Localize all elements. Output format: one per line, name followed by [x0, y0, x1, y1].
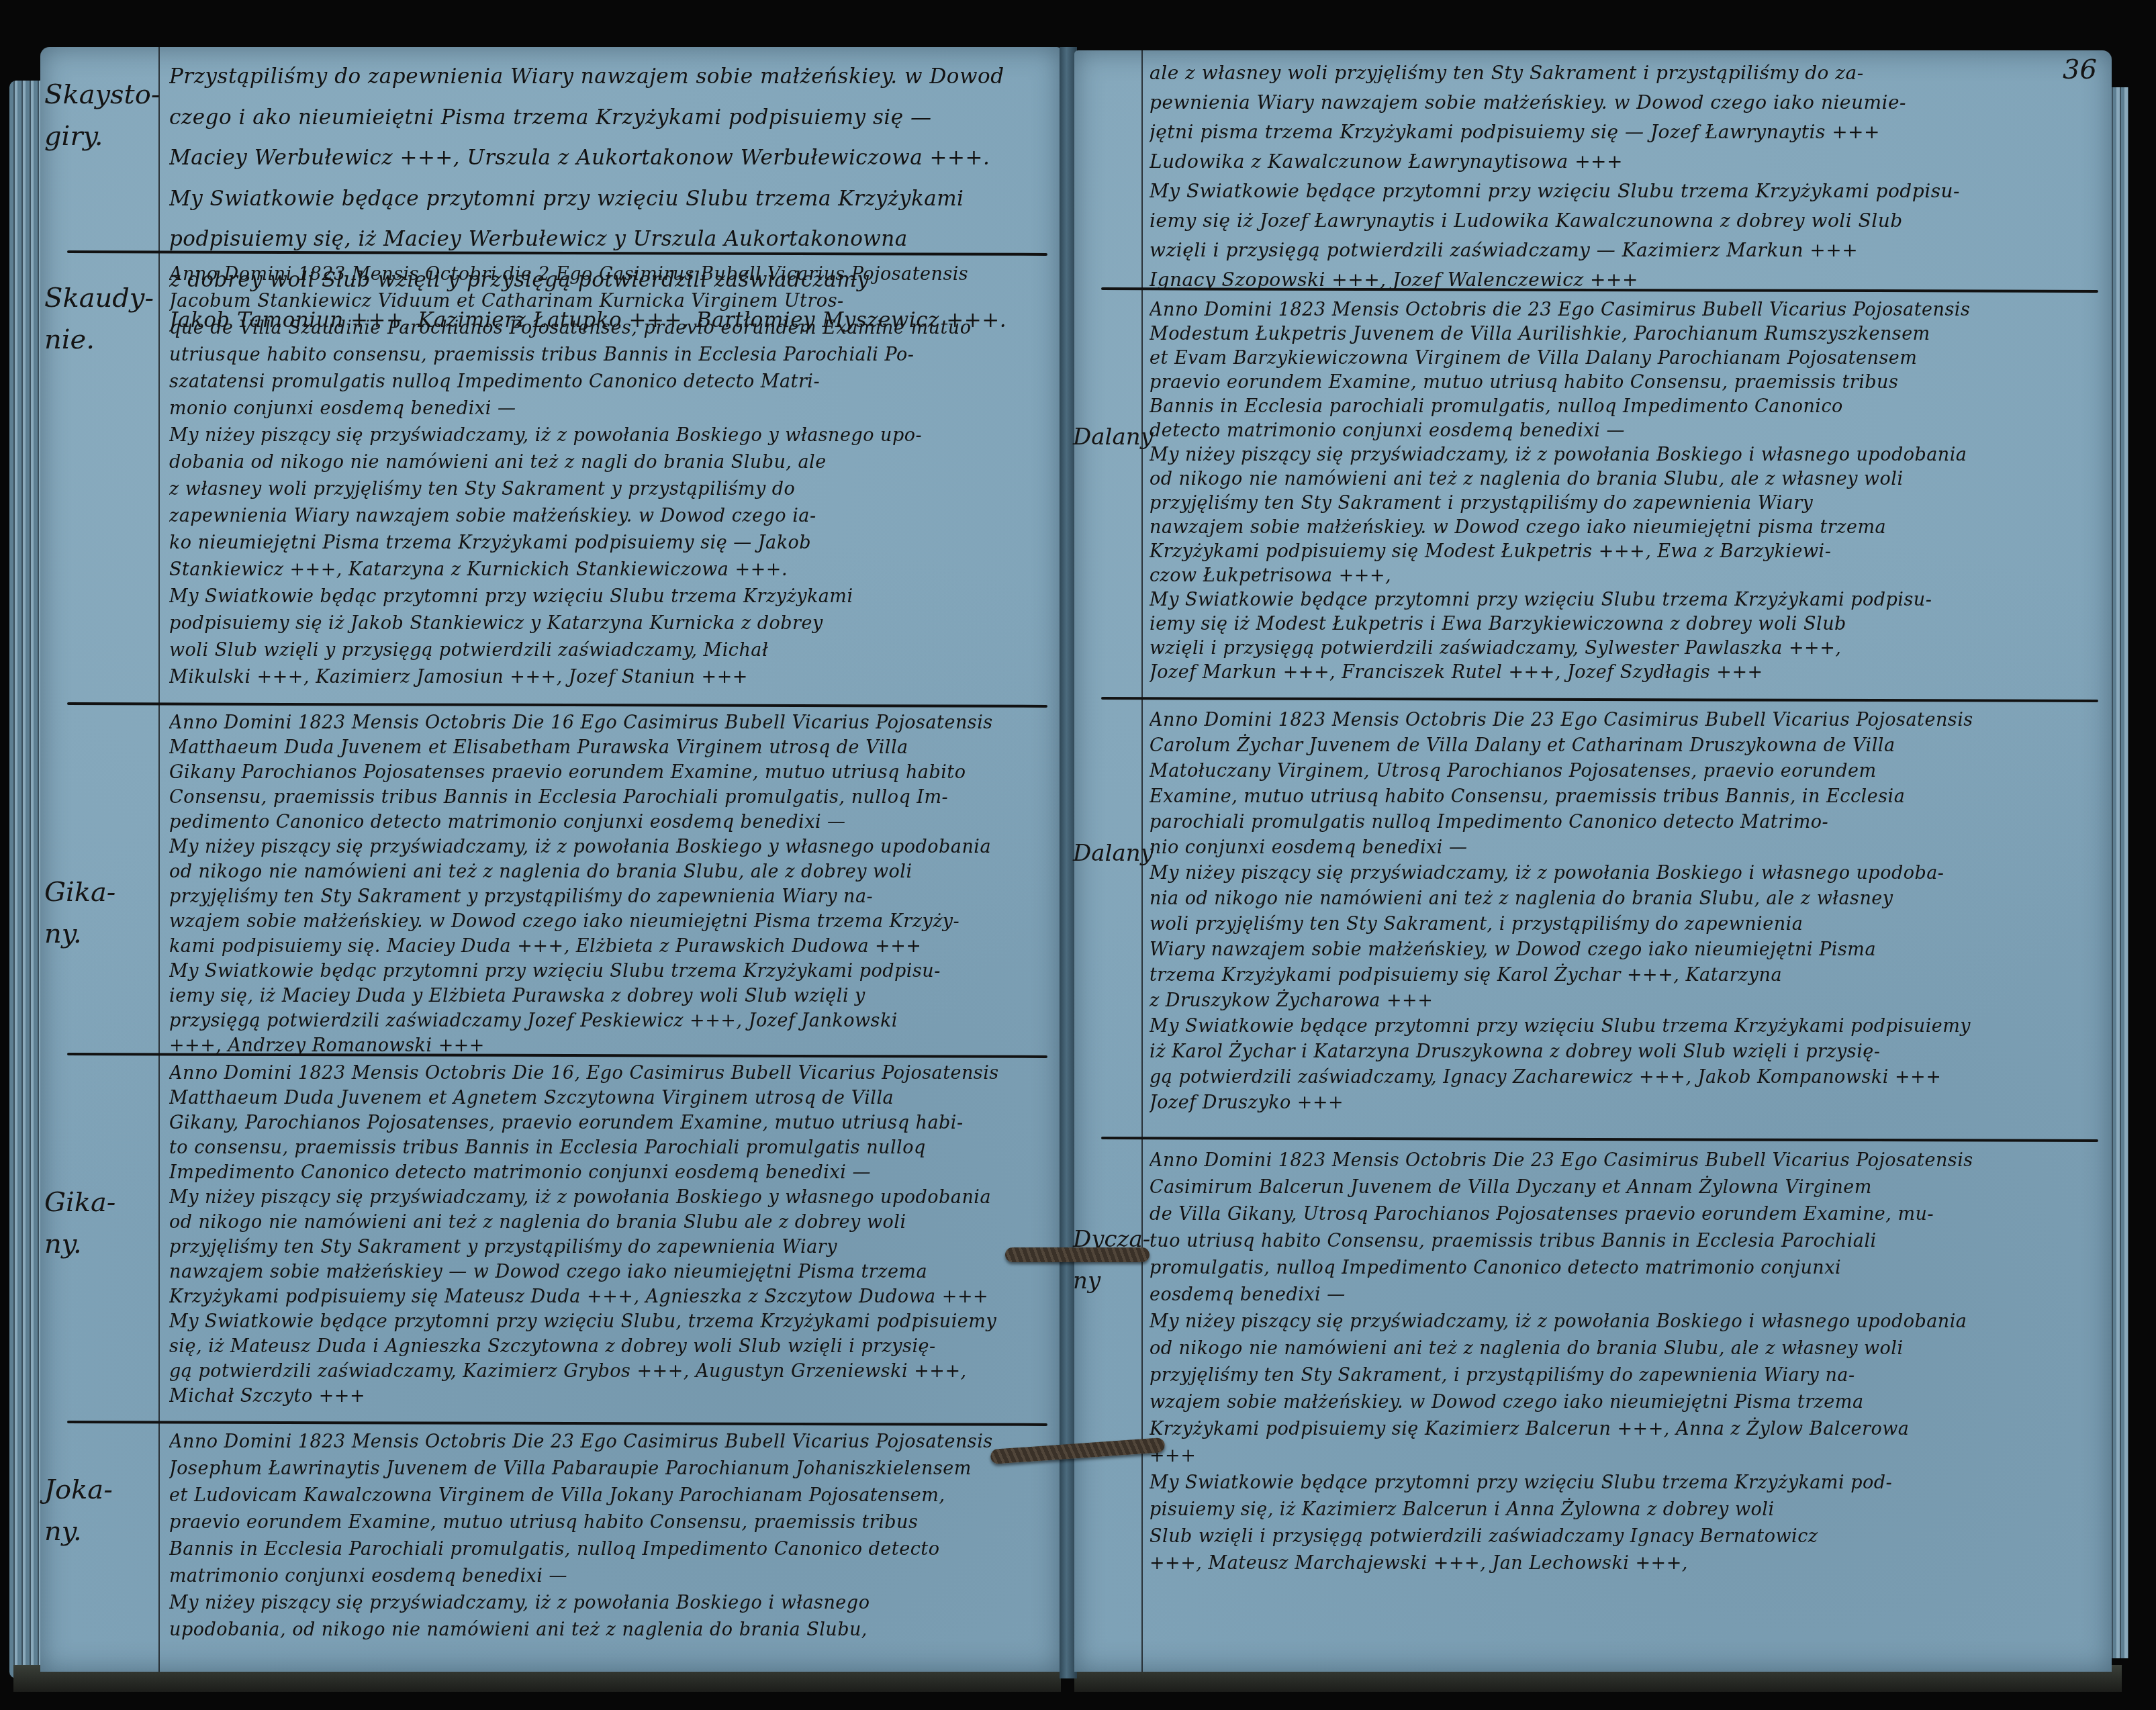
- text-line: parochiali promulgatis nulloq Impediment…: [1150, 810, 2088, 835]
- text-line: od nikogo nie namówieni ani też z naglen…: [1150, 467, 2088, 491]
- text-line: czow Łukpetrisowa +++,: [1150, 564, 2088, 588]
- book-page-edges-left: [9, 81, 43, 1678]
- text-line: promulgatis, nulloq Impedimento Canonico…: [1150, 1255, 2088, 1282]
- text-line: nawzajem sobie małżeńskiey — w Dowod cze…: [169, 1260, 1042, 1284]
- text-line: iemy się iż Jozef Ławrynaytis i Ludowika…: [1150, 206, 2088, 236]
- text-line: Jacobum Stankiewicz Viduum et Catharinam…: [169, 288, 1042, 315]
- text-line: od nikogo nie namówieni ani też z naglen…: [169, 859, 1042, 884]
- text-line: praevio eorundem Examine, mutuo utriusq …: [1150, 371, 2088, 395]
- entry-text: Anno Domini 1823 Mensis Octobri die 2 Eg…: [169, 261, 1042, 691]
- register-entry: Dalany Anno Domini 1823 Mensis Octobris …: [1074, 698, 2112, 1128]
- text-line: przyjęliśmy ten Sty Sakrament y przystąp…: [169, 1235, 1042, 1260]
- entry-text: Anno Domini 1823 Mensis Octobris Die 23 …: [1150, 1147, 2088, 1577]
- text-line: pewnienia Wiary nawzajem sobie małżeński…: [1150, 88, 2088, 117]
- text-line: z Druszykow Życharowa +++: [1150, 988, 2088, 1014]
- binding-thread: [1005, 1247, 1150, 1262]
- text-line: Anno Domini 1823 Mensis Octobris Die 23 …: [1150, 708, 2088, 733]
- entry-divider: [1101, 1137, 2098, 1142]
- text-line: iż Karol Żychar i Katarzyna Druszykowna …: [1150, 1039, 2088, 1065]
- entry-text: Anno Domini 1823 Mensis Octobris die 23 …: [1150, 298, 2088, 685]
- text-line: iemy się iż Modest Łukpetris i Ewa Barzy…: [1150, 612, 2088, 636]
- text-line: My niżey piszący się przyświadczamy, iż …: [169, 1185, 1042, 1210]
- text-line: Gikany Parochianos Pojosatenses praevio …: [169, 760, 1042, 785]
- text-line: Stankiewicz +++, Katarzyna z Kurnickich …: [169, 557, 1042, 583]
- text-line: upodobania, od nikogo nie namówieni ani …: [169, 1617, 1042, 1644]
- register-entry: Dycza- ny Anno Domini 1823 Mensis Octobr…: [1074, 1138, 2112, 1608]
- text-line: od nikogo nie namówieni ani też z naglen…: [1150, 1335, 2088, 1362]
- text-line: nio conjunxi eosdemq benedixi —: [1150, 835, 2088, 861]
- text-line: woli Slub wzięli y przysięgą potwierdzil…: [169, 637, 1042, 664]
- text-line: Anno Domini 1823 Mensis Octobris Die 23 …: [1150, 1147, 2088, 1174]
- text-line: Jozef Druszyko +++: [1150, 1090, 2088, 1116]
- entry-divider: [67, 1053, 1047, 1058]
- entry-divider: [67, 1421, 1047, 1426]
- entry-text: Anno Domini 1823 Mensis Octobris Die 16,…: [169, 1061, 1042, 1409]
- village-margin-label: Skaudy- nie.: [44, 277, 155, 361]
- text-line: utriusque habito consensu, praemissis tr…: [169, 342, 1042, 369]
- text-line: Krzyżykami podpisuiemy się Mateusz Duda …: [169, 1284, 1042, 1309]
- entry-text: ale z własney woli przyjęliśmy ten Sty S…: [1150, 58, 2088, 295]
- text-line: praevio eorundem Examine, mutuo utriusq …: [169, 1509, 1042, 1536]
- entry-divider: [1101, 287, 2098, 293]
- village-margin-label: Dalany: [1073, 416, 1140, 458]
- text-line: My niżey piszący się przyświadczamy, iż …: [1150, 1309, 2088, 1335]
- text-line: Impedimento Canonico detecto matrimonio …: [169, 1160, 1042, 1185]
- register-entry: Gika- ny. Anno Domini 1823 Mensis Octobr…: [40, 704, 1061, 1053]
- text-line: wzajem sobie małżeńskiey. w Dowod czego …: [169, 909, 1042, 934]
- village-margin-label: Skaysto- giry.: [44, 74, 155, 157]
- register-entry: Skaysto- giry. Przystąpiliśmy do zapewni…: [40, 47, 1061, 269]
- text-line: jętni pisma trzema Krzyżykami podpisuiem…: [1150, 117, 2088, 147]
- text-line: pisuiemy się, iż Kazimierz Balcerun i An…: [1150, 1497, 2088, 1523]
- text-line: Carolum Żychar Juvenem de Villa Dalany e…: [1150, 733, 2088, 759]
- text-line: Gikany, Parochianos Pojosatenses, praevi…: [169, 1110, 1042, 1135]
- text-line: Anno Domini 1823 Mensis Octobri die 2 Eg…: [169, 261, 1042, 288]
- text-line: Ludowika z Kawalczunow Ławrynaytisowa ++…: [1150, 147, 2088, 177]
- text-line: My Swiatkowie będące przytomni przy wzię…: [1150, 588, 2088, 612]
- text-line: Consensu, praemissis tribus Bannis in Ec…: [169, 785, 1042, 810]
- text-line: My niżey piszący się przyświadczamy, iż …: [169, 835, 1042, 859]
- village-margin-label: Gika- ny.: [44, 871, 155, 955]
- text-line: iemy się, iż Maciey Duda y Elżbieta Pura…: [169, 984, 1042, 1008]
- entry-divider: [1101, 697, 2098, 702]
- text-line: gą potwierdzili zaświadczamy, Ignacy Zac…: [1150, 1065, 2088, 1090]
- text-line: Krzyżykami podpisuiemy się Modest Łukpet…: [1150, 540, 2088, 564]
- register-entry: Gika- ny. Anno Domini 1823 Mensis Octobr…: [40, 1054, 1061, 1417]
- text-line: de Villa Gikany, Utrosq Parochianos Pojo…: [1150, 1201, 2088, 1228]
- text-line: Matołuczany Virginem, Utrosq Parochianos…: [1150, 759, 2088, 784]
- text-line: My Swiatkowie będące przytomni przy wzię…: [1150, 1470, 2088, 1497]
- text-line: przyjęliśmy ten Sty Sakrament i przystąp…: [1150, 491, 2088, 516]
- text-line: ko nieumiejętni Pisma trzema Krzyżykami …: [169, 530, 1042, 557]
- entry-divider: [67, 250, 1047, 256]
- register-page-left: Skaysto- giry. Przystąpiliśmy do zapewni…: [40, 47, 1061, 1672]
- text-line: My Swiatkowie będąc przytomni przy wzięc…: [169, 583, 1042, 610]
- text-line: tuo utriusq habito Consensu, praemissis …: [1150, 1228, 2088, 1255]
- text-line: pedimento Canonico detecto matrimonio co…: [169, 810, 1042, 835]
- text-line: detecto matrimonio conjunxi eosdemq bene…: [1150, 419, 2088, 443]
- text-line: My niżey piszący się przyświadczamy, iż …: [169, 422, 1042, 449]
- register-entry: Dalany Anno Domini 1823 Mensis Octobris …: [1074, 289, 2112, 695]
- text-line: Michał Szczyto +++: [169, 1384, 1042, 1409]
- text-line: Krzyżykami podpisuiemy się Kazimierz Bal…: [1150, 1416, 2088, 1443]
- text-line: My Swiatkowie będące przytomni przy wzię…: [169, 1309, 1042, 1334]
- text-line: monio conjunxi eosdemq benedixi —: [169, 395, 1042, 422]
- text-line: eosdemq benedixi —: [1150, 1282, 2088, 1309]
- village-margin-label: Joka- ny.: [44, 1469, 155, 1552]
- text-line: ale z własney woli przyjęliśmy ten Sty S…: [1150, 58, 2088, 88]
- village-margin-label: Dalany: [1073, 833, 1140, 874]
- text-line: się, iż Mateusz Duda i Agnieszka Szczyto…: [169, 1334, 1042, 1359]
- text-line: podpisuiemy się iż Jakob Stankiewicz y K…: [169, 610, 1042, 637]
- text-line: My Swiatkowie będące przytomni przy wzię…: [1150, 1014, 2088, 1039]
- entry-text: Anno Domini 1823 Mensis Octobris Die 16 …: [169, 710, 1042, 1058]
- text-line: Josephum Ławrinaytis Juvenem de Villa Pa…: [169, 1456, 1042, 1482]
- text-line: wzięli i przysięgą potwierdzili zaświadc…: [1150, 636, 2088, 661]
- register-entry: ale z własney woli przyjęliśmy ten Sty S…: [1074, 50, 2112, 285]
- text-line: Maciey Werbułewicz +++, Urszula z Aukort…: [169, 138, 1042, 179]
- text-line: gą potwierdzili zaświadczamy, Kazimierz …: [169, 1359, 1042, 1384]
- text-line: My niżey piszący się przyświadczamy, iż …: [1150, 861, 2088, 886]
- text-line: Anno Domini 1823 Mensis Octobris Die 16,…: [169, 1061, 1042, 1086]
- text-line: wzajem sobie małżeńskiey. w Dowod czego …: [1150, 1389, 2088, 1416]
- text-line: z własney woli przyjęliśmy ten Sty Sakra…: [169, 476, 1042, 503]
- text-line: Modestum Łukpetris Juvenem de Villa Auri…: [1150, 322, 2088, 346]
- text-line: wzięli i przysięgą potwierdzili zaświadc…: [1150, 236, 2088, 265]
- text-line: przysięgą potwierdzili zaświadczamy Joze…: [169, 1008, 1042, 1033]
- text-line: et Ludovicam Kawalczowna Virginem de Vil…: [169, 1482, 1042, 1509]
- text-line: przyjęliśmy ten Sty Sakrament, i przystą…: [1150, 1362, 2088, 1389]
- text-line: od nikogo nie namówieni ani też z naglen…: [169, 1210, 1042, 1235]
- text-line: Mikulski +++, Kazimierz Jamosiun +++, Jo…: [169, 664, 1042, 691]
- text-line: to consensu, praemissis tribus Bannis in…: [169, 1135, 1042, 1160]
- text-line: nawzajem sobie małżeńskiey. w Dowod czeg…: [1150, 516, 2088, 540]
- text-line: zapewnienia Wiary nawzajem sobie małżeńs…: [169, 503, 1042, 530]
- text-line: Casimirum Balcerun Juvenem de Villa Dycz…: [1150, 1174, 2088, 1201]
- register-entry: Skaudy- nie. Anno Domini 1823 Mensis Oct…: [40, 252, 1061, 702]
- entry-text: Anno Domini 1823 Mensis Octobris Die 23 …: [1150, 708, 2088, 1116]
- text-line: +++: [1150, 1443, 2088, 1470]
- text-line: que de Villa Szaudinie Parochianos Pojos…: [169, 315, 1042, 342]
- entry-divider: [67, 702, 1047, 708]
- text-line: My Swiatkowie będące przytomni przy wzię…: [169, 179, 1042, 220]
- text-line: woli przyjęliśmy ten Sty Sakrament, i pr…: [1150, 912, 2088, 937]
- register-page-right: 36 ale z własney woli przyjęliśmy ten St…: [1074, 50, 2112, 1672]
- text-line: nia od nikogo nie namówieni ani też z na…: [1150, 886, 2088, 912]
- text-line: trzema Krzyżykami podpisuiemy się Karol …: [1150, 963, 2088, 988]
- text-line: Anno Domini 1823 Mensis Octobris Die 23 …: [169, 1429, 1042, 1456]
- text-line: Slub wzięli i przysięgą potwierdzili zaś…: [1150, 1523, 2088, 1550]
- text-line: Examine, mutuo utriusq habito Consensu, …: [1150, 784, 2088, 810]
- text-line: My Swiatkowie będące przytomni przy wzię…: [1150, 177, 2088, 206]
- text-line: My Swiatkowie będąc przytomni przy wzięc…: [169, 959, 1042, 984]
- text-line: My niżey piszący się przyświadczamy, iż …: [1150, 443, 2088, 467]
- text-line: Anno Domini 1823 Mensis Octobris Die 16 …: [169, 710, 1042, 735]
- text-line: Przystąpiliśmy do zapewnienia Wiary nawz…: [169, 56, 1042, 97]
- village-margin-label: Gika- ny.: [44, 1182, 155, 1265]
- text-line: +++, Mateusz Marchajewski +++, Jan Lecho…: [1150, 1550, 2088, 1577]
- text-line: dobania od nikogo nie namówieni ani też …: [169, 449, 1042, 476]
- text-line: Jozef Markun +++, Franciszek Rutel +++, …: [1150, 661, 2088, 685]
- text-line: przyjęliśmy ten Sty Sakrament y przystąp…: [169, 884, 1042, 909]
- text-line: My niżey piszący się przyświadczamy, iż …: [169, 1590, 1042, 1617]
- text-line: Matthaeum Duda Juvenem et Elisabetham Pu…: [169, 735, 1042, 760]
- text-line: matrimonio conjunxi eosdemq benedixi —: [169, 1563, 1042, 1590]
- text-line: kami podpisuiemy się. Maciey Duda +++, E…: [169, 934, 1042, 959]
- text-line: Bannis in Ecclesia Parochiali promulgati…: [169, 1536, 1042, 1563]
- text-line: Wiary nawzajem sobie małżeńskiey, w Dowo…: [1150, 937, 2088, 963]
- text-line: Matthaeum Duda Juvenem et Agnetem Szczyt…: [169, 1086, 1042, 1110]
- text-line: et Evam Barzykiewiczowna Virginem de Vil…: [1150, 346, 2088, 371]
- text-line: szatatensi promulgatis nulloq Impediment…: [169, 369, 1042, 395]
- register-entry: Joka- ny. Anno Domini 1823 Mensis Octobr…: [40, 1422, 1061, 1672]
- text-line: czego i ako nieumieiętni Pisma trzema Kr…: [169, 97, 1042, 138]
- text-line: Bannis in Ecclesia parochiali promulgati…: [1150, 395, 2088, 419]
- entry-text: Anno Domini 1823 Mensis Octobris Die 23 …: [169, 1429, 1042, 1644]
- text-line: Anno Domini 1823 Mensis Octobris die 23 …: [1150, 298, 2088, 322]
